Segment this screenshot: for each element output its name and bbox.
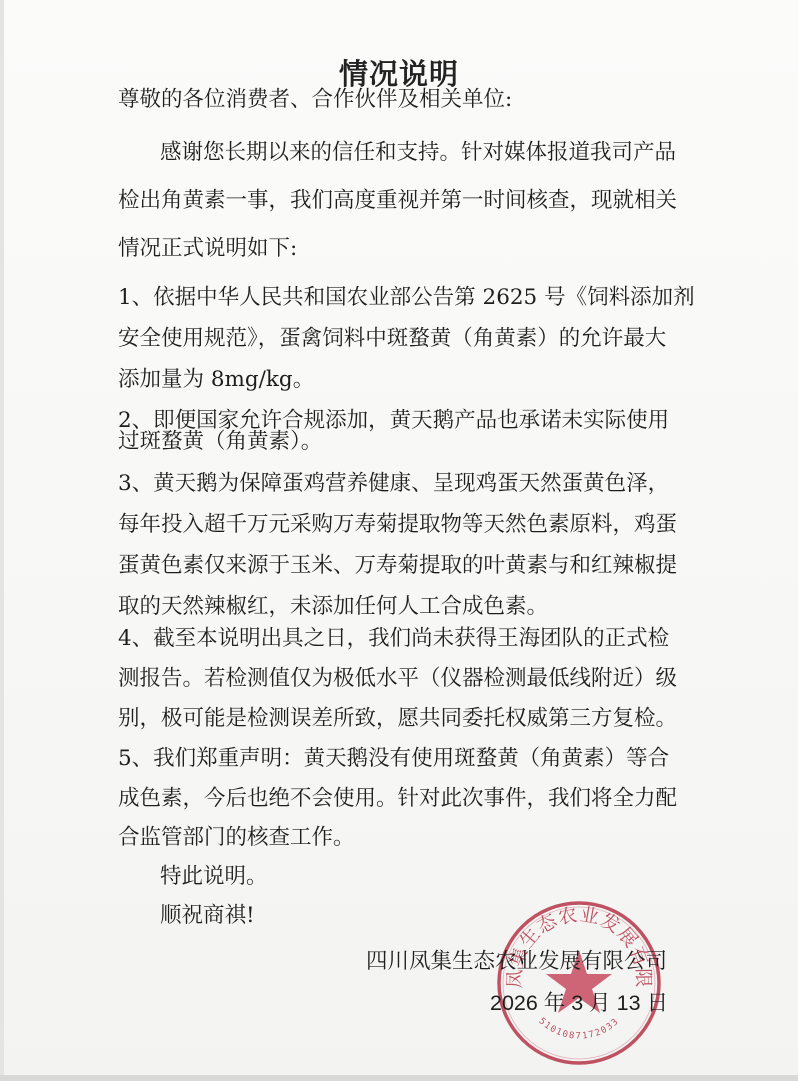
seal-code: 5101087172033 — [536, 1016, 621, 1041]
point-1-line: 1、依据中华人民共和国农业部公告第 2625 号《饲料添加剂 — [118, 283, 695, 313]
point-2-line: 过斑蝥黄（角黄素）。 — [118, 427, 322, 457]
signature-date: 2026 年 3 月 13 日 — [490, 986, 668, 1017]
page-left-edge — [0, 0, 4, 1081]
point-3-line: 3、黄天鹅为保障蛋鸡营养健康、呈现鸡蛋天然蛋黄色泽， — [118, 469, 669, 499]
svg-text:5101087172033: 5101087172033 — [536, 1016, 621, 1041]
intro-line: 感谢您长期以来的信任和支持。针对媒体报道我司产品 — [160, 138, 676, 168]
page-bottom-edge — [0, 1075, 798, 1081]
closing-text: 特此说明。 — [160, 862, 268, 892]
point-4-line: 测报告。若检测值仅为极低水平（仪器检测最低线附近）级 — [118, 664, 677, 694]
regards-text: 顺祝商祺! — [160, 901, 255, 931]
document-page: 情况说明 尊敬的各位消费者、合作伙伴及相关单位: 感谢您长期以来的信任和支持。针… — [0, 0, 798, 1081]
point-1-line: 安全使用规范》，蛋禽饲料中斑蝥黄（角黄素）的允许最大 — [118, 324, 666, 354]
point-3-line: 每年投入超千万元采购万寿菊提取物等天然色素原料，鸡蛋 — [118, 510, 677, 540]
salutation: 尊敬的各位消费者、合作伙伴及相关单位: — [118, 85, 512, 115]
point-3-line: 蛋黄色素仅来源于玉米、万寿菊提取的叶黄素与和红辣椒提 — [118, 551, 677, 581]
point-5-line: 成色素，今后也绝不会使用。针对此次事件，我们将全力配 — [118, 784, 677, 814]
point-4-line: 4、截至本说明出具之日，我们尚未获得王海团队的正式检 — [118, 624, 669, 654]
point-5-line: 合监管部门的核查工作。 — [118, 823, 355, 853]
point-3-line: 取的天然辣椒红，未添加任何人工合成色素。 — [118, 592, 548, 622]
point-1-line: 添加量为 8mg/kg。 — [118, 365, 314, 395]
signature-company: 四川凤集生态农业发展有限公司 — [366, 944, 667, 975]
company-seal: 四川凤集生态农业发展有限公司 5101087172033 — [494, 898, 664, 1068]
point-4-line: 别，极可能是检测误差所致，愿共同委托权威第三方复检。 — [118, 704, 677, 734]
intro-line: 情况正式说明如下: — [118, 234, 297, 264]
intro-line: 检出角黄素一事，我们高度重视并第一时间核查，现就相关 — [118, 186, 677, 216]
point-5-line: 5、我们郑重声明：黄天鹅没有使用斑蝥黄（角黄素）等合 — [118, 744, 669, 774]
